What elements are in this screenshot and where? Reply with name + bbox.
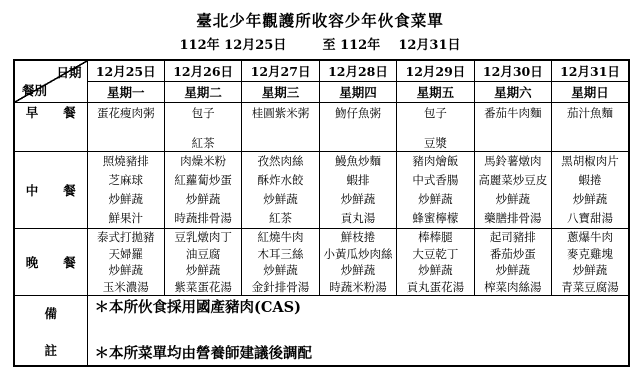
weekday-header: 星期一 xyxy=(87,82,164,103)
menu-cell: 番茄牛肉麵 xyxy=(474,103,551,152)
menu-cell: 紅燒牛肉 木耳三絲 炒鮮蔬 金針排骨湯 xyxy=(242,229,319,296)
menu-cell: 豆乳燉肉丁 油豆腐 炒鮮蔬 紫菜蛋花湯 xyxy=(164,229,241,296)
menu-cell: 包子 紅茶 xyxy=(164,103,241,152)
menu-cell-items: 棒棒腿 大豆乾丁 炒鮮蔬 貢丸蛋花湯 xyxy=(397,229,473,295)
menu-cell-items: 照燒豬排 芝麻球 炒鮮蔬 鮮果汁 xyxy=(88,152,164,228)
weekday-header: 星期五 xyxy=(397,82,474,103)
date-header: 12月31日 xyxy=(552,60,629,82)
menu-cell: 豬肉燴飯 中式香腸 炒鮮蔬 蜂蜜檸檬 xyxy=(397,152,474,229)
menu-cell-items: 黑胡椒肉片 蝦捲 炒鮮蔬 八寶甜湯 xyxy=(552,152,628,228)
menu-cell-items: 蔥爆牛肉 麥克雞塊 炒鮮蔬 青菜豆腐湯 xyxy=(552,229,628,295)
menu-cell: 照燒豬排 芝麻球 炒鮮蔬 鮮果汁 xyxy=(87,152,164,229)
menu-cell-items: 豬肉燴飯 中式香腸 炒鮮蔬 蜂蜜檸檬 xyxy=(397,152,473,228)
weekday-header: 星期日 xyxy=(552,82,629,103)
menu-cell: 泰式打拋豬 天婦羅 炒鮮蔬 玉米濃湯 xyxy=(87,229,164,296)
menu-cell: 孜然肉絲 酥炸水餃 炒鮮蔬 紅茶 xyxy=(242,152,319,229)
meal-row-label-lunch: 中 餐 xyxy=(14,152,87,229)
date-header: 12月28日 xyxy=(319,60,396,82)
menu-cell-items: 泰式打拋豬 天婦羅 炒鮮蔬 玉米濃湯 xyxy=(88,229,164,295)
menu-cell-items: 蛋花瘦肉粥 xyxy=(88,103,164,121)
date-header: 12月25日 xyxy=(87,60,164,82)
date-header: 12月27日 xyxy=(242,60,319,82)
meal-row-label-breakfast: 早 餐 xyxy=(14,103,87,152)
corner-meal-label: 餐別 xyxy=(22,81,47,99)
date-header-row: 日期 餐別 12月25日 12月26日 12月27日 12月28日 12月29日… xyxy=(14,60,629,82)
menu-cell-items: 番茄牛肉麵 xyxy=(475,103,551,121)
menu-cell-items: 茄汁魚麵 xyxy=(552,103,628,121)
menu-cell-items: 豆乳燉肉丁 油豆腐 炒鮮蔬 紫菜蛋花湯 xyxy=(165,229,241,295)
menu-cell: 鮮枝捲 小黃瓜炒肉絲 炒鮮蔬 時蔬米粉湯 xyxy=(319,229,396,296)
weekday-header: 星期四 xyxy=(319,82,396,103)
weekday-header-row: 星期一 星期二 星期三 星期四 星期五 星期六 星期日 xyxy=(14,82,629,103)
notes-label-top: 備 xyxy=(15,304,87,322)
date-header: 12月30日 xyxy=(474,60,551,82)
menu-cell: 黑胡椒肉片 蝦捲 炒鮮蔬 八寶甜湯 xyxy=(552,152,629,229)
menu-document: 臺北少年觀護所收容少年伙食菜單 112年 12月25日 至 112年 12月31… xyxy=(0,0,640,369)
date-range: 112年 12月25日 至 112年 12月31日 xyxy=(0,34,640,53)
weekday-header: 星期二 xyxy=(164,82,241,103)
menu-cell-items: 桂圓紫米粥 xyxy=(242,103,318,121)
lunch-row: 中 餐 照燒豬排 芝麻球 炒鮮蔬 鮮果汁 肉燥米粉 紅蘿蔔炒蛋 炒鮮蔬 時蔬排骨… xyxy=(14,152,629,229)
notes-row: 備 註 ＊本所伙食採用國產豬肉(CAS) ＊本所菜單均由營養師建議後調配 xyxy=(14,296,629,367)
corner-date-label: 日期 xyxy=(56,63,81,81)
menu-cell: 蔥爆牛肉 麥克雞塊 炒鮮蔬 青菜豆腐湯 xyxy=(552,229,629,296)
notes-label-bottom: 註 xyxy=(15,341,87,359)
menu-cell-items: 包子 豆漿 xyxy=(397,103,473,151)
menu-cell-items: 包子 紅茶 xyxy=(165,103,241,151)
corner-cell: 日期 餐別 xyxy=(14,60,87,103)
menu-cell: 起司豬排 番茄炒蛋 炒鮮蔬 榨菜肉絲湯 xyxy=(474,229,551,296)
menu-cell-items: 紅燒牛肉 木耳三絲 炒鮮蔬 金針排骨湯 xyxy=(242,229,318,295)
notes-row-label: 備 註 xyxy=(14,296,87,367)
menu-cell: 茄汁魚麵 xyxy=(552,103,629,152)
weekday-header: 星期六 xyxy=(474,82,551,103)
menu-cell-items: 馬鈴薯燉肉 高麗菜炒豆皮 炒鮮蔬 藥膳排骨湯 xyxy=(475,152,551,228)
date-header: 12月29日 xyxy=(397,60,474,82)
menu-cell-items: 魩仔魚粥 xyxy=(320,103,396,121)
menu-cell-items: 鰻魚炒麵 蝦排 炒鮮蔬 貢丸湯 xyxy=(320,152,396,228)
menu-table: 日期 餐別 12月25日 12月26日 12月27日 12月28日 12月29日… xyxy=(13,59,630,367)
menu-cell: 馬鈴薯燉肉 高麗菜炒豆皮 炒鮮蔬 藥膳排骨湯 xyxy=(474,152,551,229)
menu-cell-items: 孜然肉絲 酥炸水餃 炒鮮蔬 紅茶 xyxy=(242,152,318,228)
breakfast-row: 早 餐 蛋花瘦肉粥 包子 紅茶 桂圓紫米粥 魩仔魚粥 包子 豆漿 番茄牛肉麵 茄… xyxy=(14,103,629,152)
notes-text: ＊本所伙食採用國產豬肉(CAS) ＊本所菜單均由營養師建議後調配 xyxy=(88,296,629,365)
menu-cell-items: 肉燥米粉 紅蘿蔔炒蛋 炒鮮蔬 時蔬排骨湯 xyxy=(165,152,241,228)
weekday-header: 星期三 xyxy=(242,82,319,103)
menu-cell: 鰻魚炒麵 蝦排 炒鮮蔬 貢丸湯 xyxy=(319,152,396,229)
menu-cell: 蛋花瘦肉粥 xyxy=(87,103,164,152)
date-header: 12月26日 xyxy=(164,60,241,82)
menu-cell: 肉燥米粉 紅蘿蔔炒蛋 炒鮮蔬 時蔬排骨湯 xyxy=(164,152,241,229)
menu-cell: 桂圓紫米粥 xyxy=(242,103,319,152)
menu-cell: 魩仔魚粥 xyxy=(319,103,396,152)
meal-row-label-dinner: 晚 餐 xyxy=(14,229,87,296)
menu-cell-items: 起司豬排 番茄炒蛋 炒鮮蔬 榨菜肉絲湯 xyxy=(475,229,551,295)
menu-cell: 包子 豆漿 xyxy=(397,103,474,152)
dinner-row: 晚 餐 泰式打拋豬 天婦羅 炒鮮蔬 玉米濃湯 豆乳燉肉丁 油豆腐 炒鮮蔬 紫菜蛋… xyxy=(14,229,629,296)
menu-cell: 棒棒腿 大豆乾丁 炒鮮蔬 貢丸蛋花湯 xyxy=(397,229,474,296)
menu-cell-items: 鮮枝捲 小黃瓜炒肉絲 炒鮮蔬 時蔬米粉湯 xyxy=(320,229,396,295)
notes-cell: ＊本所伙食採用國產豬肉(CAS) ＊本所菜單均由營養師建議後調配 xyxy=(87,296,629,367)
page-title: 臺北少年觀護所收容少年伙食菜單 xyxy=(0,0,640,31)
